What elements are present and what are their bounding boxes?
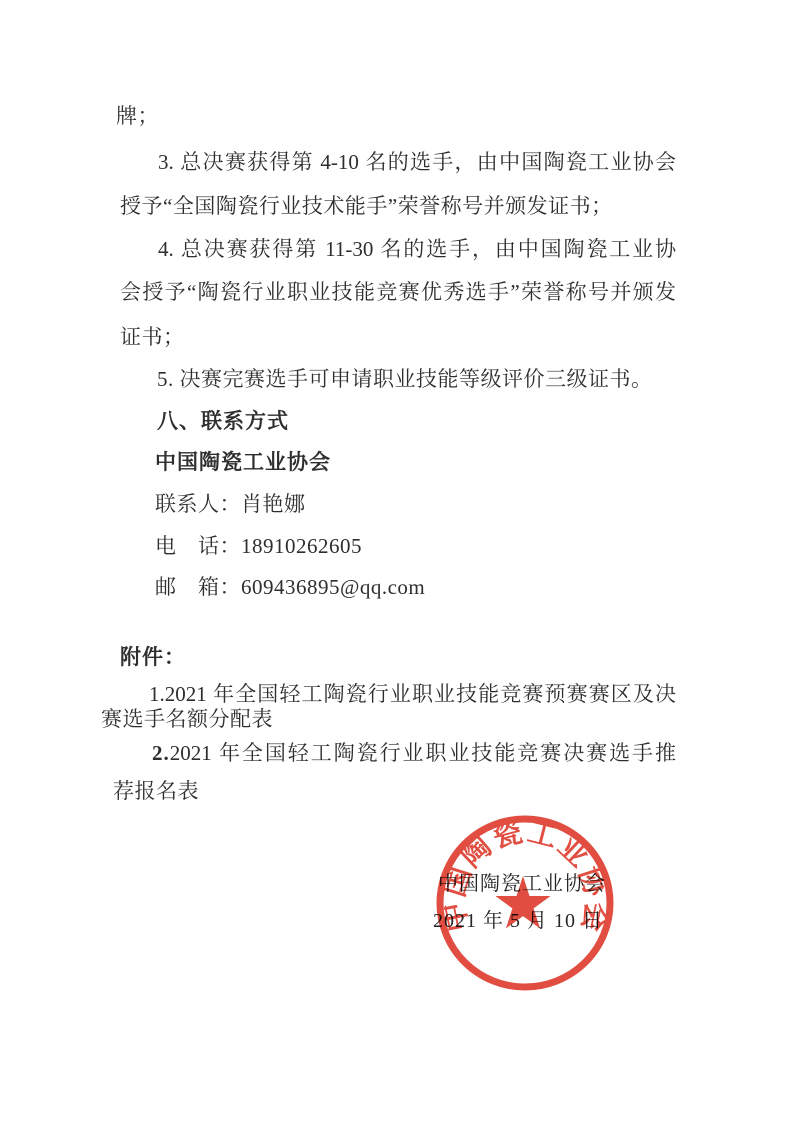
body-item5-line: 5. 决赛完赛选手可申请职业技能等级评价三级证书。 [157, 366, 653, 392]
attachments-heading: 附件： [120, 644, 186, 670]
body-line-pai: 牌； [116, 103, 159, 129]
contact-org: 中国陶瓷工业协会 [155, 449, 331, 475]
document-page: 牌； 3. 总决赛获得第 4-10 名的选手，由中国陶瓷工业协会 授予“全国陶瓷… [0, 0, 793, 1122]
attachment2-text: 2021 年全国轻工陶瓷行业职业技能竞赛决赛选手推 [170, 741, 676, 765]
attachment1-line2: 赛选手名额分配表 [101, 706, 273, 732]
contact-person: 联系人：肖艳娜 [155, 491, 306, 517]
body-item3-line2: 授予“全国陶瓷行业技术能手”荣誉称号并颁发证书； [120, 193, 613, 219]
seal-star-icon [495, 876, 550, 929]
attachment2-number: 2. [152, 741, 170, 765]
attachment2-line2: 荐报名表 [113, 778, 199, 804]
contact-phone: 电 话：18910262605 [155, 533, 362, 559]
contact-email: 邮 箱：609436895@qq.com [155, 574, 425, 600]
contact-heading: 八、联系方式 [157, 408, 289, 434]
attachment1-line1: 1.2021 年全国轻工陶瓷行业职业技能竞赛预赛赛区及决 [149, 681, 676, 707]
body-item4-line2: 会授予“陶瓷行业职业技能竞赛优秀选手”荣誉称号并颁发 [120, 279, 676, 305]
attachment2-line1: 2.2021 年全国轻工陶瓷行业职业技能竞赛决赛选手推 [152, 740, 676, 766]
body-item3-line1: 3. 总决赛获得第 4-10 名的选手，由中国陶瓷工业协会 [158, 149, 676, 175]
body-item4-line1: 4. 总决赛获得第 11-30 名的选手，由中国陶瓷工业协 [158, 236, 676, 262]
official-seal-stamp: 中国陶瓷工业协会 [425, 803, 625, 1003]
body-item4-line3: 证书； [120, 324, 185, 350]
